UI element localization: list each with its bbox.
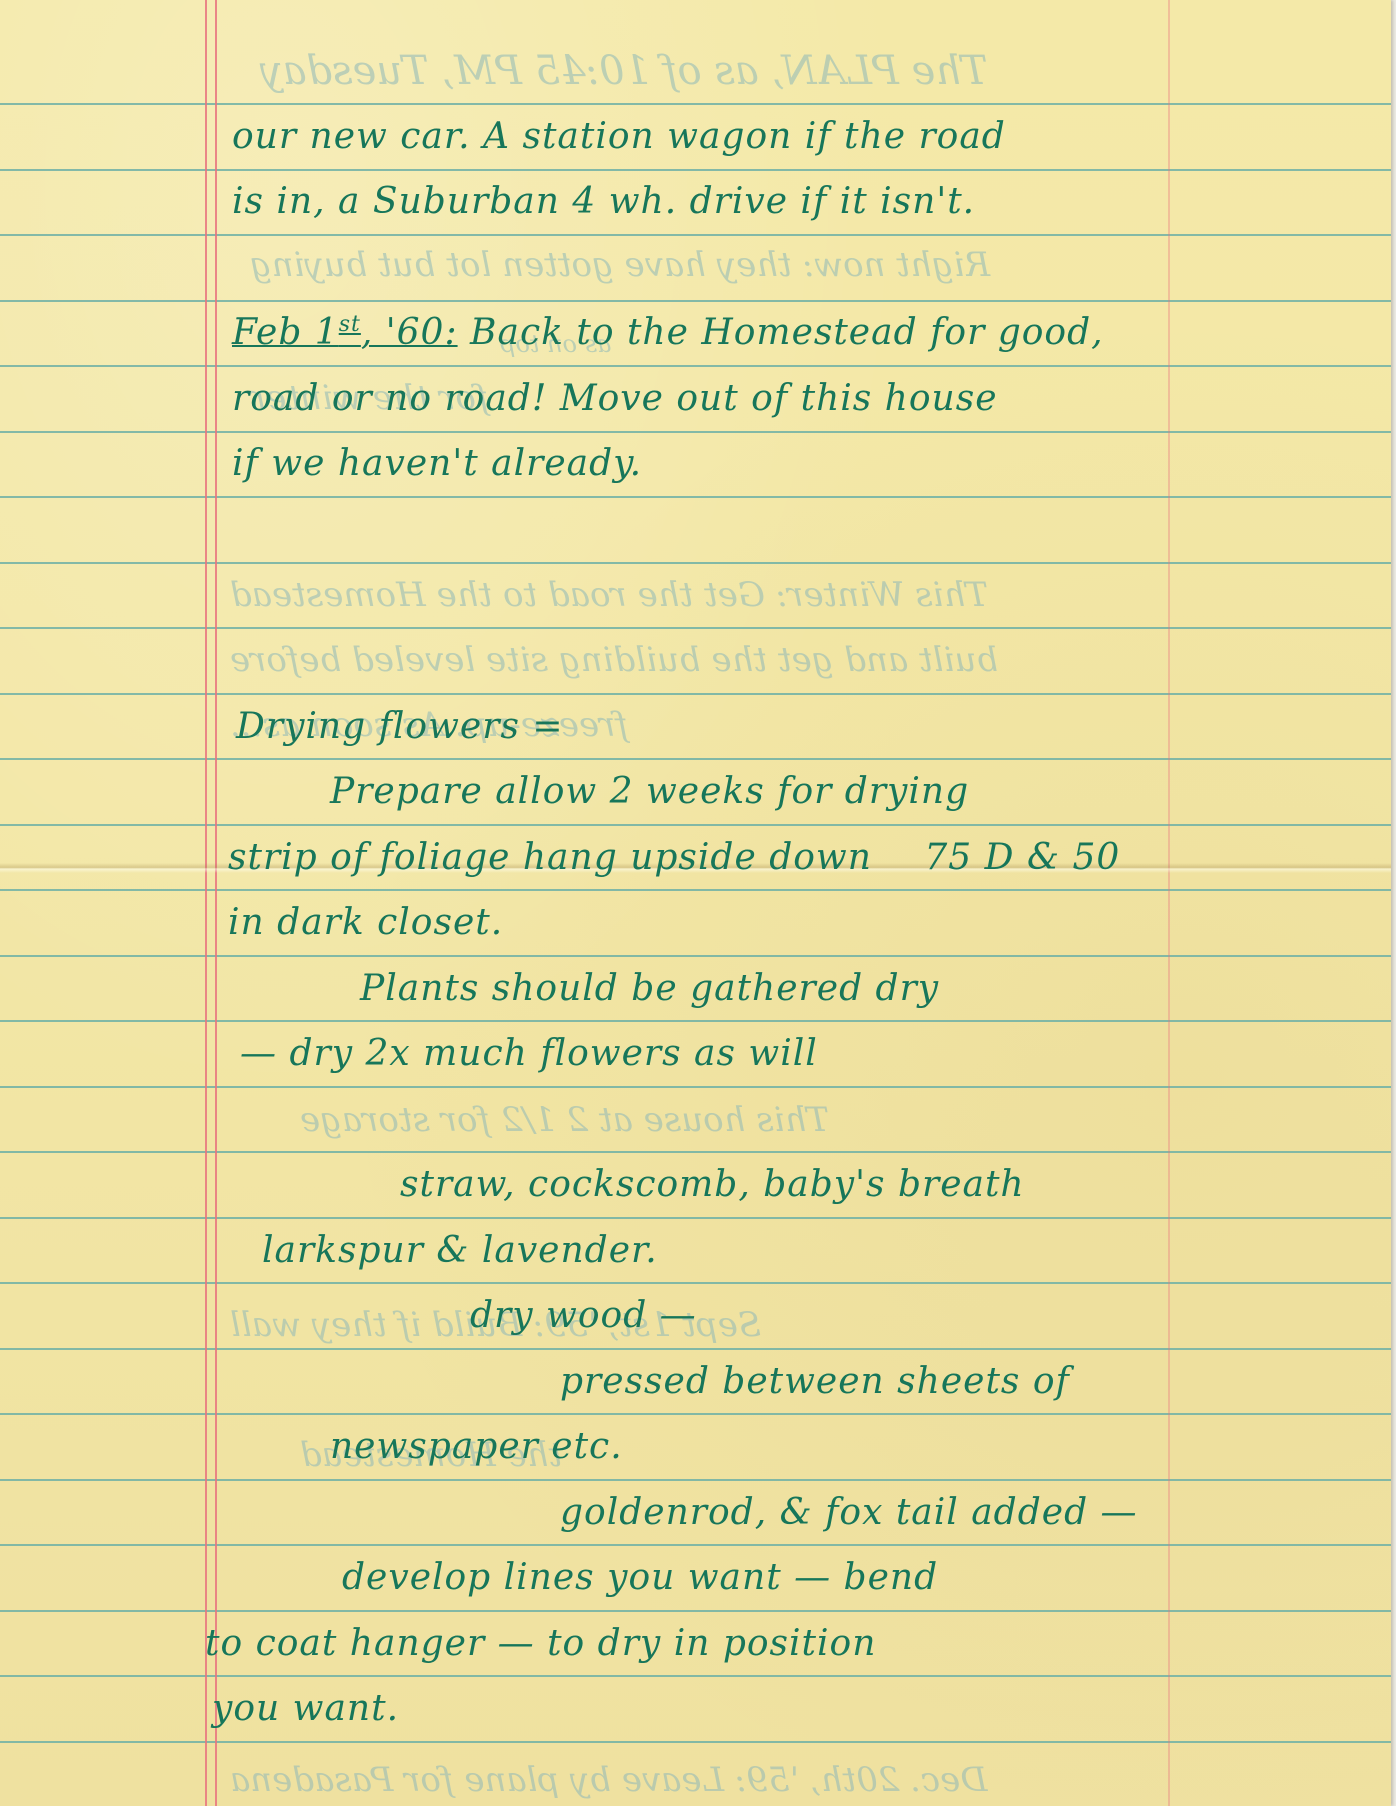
ruled-line — [0, 1086, 1391, 1088]
left-margin-line-outer — [205, 0, 207, 1806]
handwritten-line: dry wood — — [470, 1295, 697, 1336]
handwritten-line: larkspur & lavender. — [262, 1230, 658, 1271]
right-margin-line — [1168, 0, 1170, 1806]
handwritten-line: newspaper etc. — [330, 1426, 623, 1467]
ruled-line — [0, 889, 1391, 891]
handwritten-line: strip of foliage hang upside down 75 D &… — [228, 837, 1120, 878]
ruled-line — [0, 1479, 1391, 1481]
ruled-line — [0, 1610, 1391, 1612]
ruled-line — [0, 562, 1391, 564]
entry-date-ordinal: st — [339, 312, 361, 337]
handwritten-line: Prepare allow 2 weeks for drying — [330, 771, 969, 812]
ruled-line — [0, 1282, 1391, 1284]
ruled-line — [0, 627, 1391, 629]
ruled-line — [0, 365, 1391, 367]
handwritten-line: if we haven't already. — [232, 443, 642, 484]
handwritten-line: you want. — [212, 1688, 399, 1729]
handwritten-line: Plants should be gathered dry — [360, 968, 939, 1009]
ruled-line — [0, 169, 1391, 171]
notebook-page: The PLAN, as of 10:45 PM, Tuesday Right … — [0, 0, 1391, 1806]
handwritten-line: road or no road! Move out of this house — [232, 378, 998, 419]
ruled-line — [0, 1544, 1391, 1546]
handwritten-line: in dark closet. — [228, 902, 503, 943]
ruled-line — [0, 103, 1391, 105]
bleed-through-line: built and get the building site leveled … — [230, 640, 998, 680]
ruled-line — [0, 1413, 1391, 1415]
ruled-line — [0, 1020, 1391, 1022]
bleed-through-line: This Winter: Get the road to the Homeste… — [230, 575, 988, 615]
ruled-line — [0, 1348, 1391, 1350]
ruled-line — [0, 758, 1391, 760]
handwritten-line: — dry 2x much flowers as will — [240, 1033, 818, 1074]
bleed-through-line: The PLAN, as of 10:45 PM, Tuesday — [260, 48, 988, 94]
ruled-line — [0, 431, 1391, 433]
bleed-through-line: This house at 2 1/2 for storage — [300, 1100, 829, 1140]
ruled-line — [0, 1217, 1391, 1219]
left-margin-line-inner — [215, 0, 217, 1806]
ruled-line — [0, 1151, 1391, 1153]
bleed-through-line: Dec. 20th, '59: Leave by plane for Pasad… — [230, 1760, 987, 1800]
handwritten-line-text: strip of foliage hang upside down — [228, 837, 872, 878]
bleed-through-line: Right now: they have gotten lot but buyi… — [250, 245, 990, 285]
ruled-line — [0, 955, 1391, 957]
ruled-line — [0, 234, 1391, 236]
handwritten-line: is in, a Suburban 4 wh. drive if it isn'… — [232, 181, 975, 222]
entry-date: Feb 1st, '60: — [232, 312, 458, 353]
handwritten-line: to coat hanger — to dry in position — [205, 1623, 876, 1664]
handwritten-line: develop lines you want — bend — [342, 1557, 938, 1598]
ruled-line — [0, 300, 1391, 302]
ruled-line — [0, 693, 1391, 695]
margin-note: 75 D & 50 — [924, 837, 1120, 878]
handwritten-line: goldenrod, & fox tail added — — [560, 1492, 1138, 1533]
ruled-line — [0, 824, 1391, 826]
entry-date-day: Feb 1 — [232, 312, 339, 353]
entry-text: Back to the Homestead for good, — [458, 312, 1104, 353]
entry-date-year: , '60: — [361, 312, 458, 353]
ruled-line — [0, 1675, 1391, 1677]
handwritten-line: pressed between sheets of — [560, 1361, 1070, 1402]
dated-entry-line: Feb 1st, '60: Back to the Homestead for … — [232, 312, 1104, 353]
ruled-line — [0, 496, 1391, 498]
handwritten-line: straw, cockscomb, baby's breath — [400, 1164, 1025, 1205]
handwritten-line: our new car. A station wagon if the road — [232, 116, 1006, 157]
ruled-line — [0, 1741, 1391, 1743]
section-heading: Drying flowers = — [236, 706, 564, 747]
